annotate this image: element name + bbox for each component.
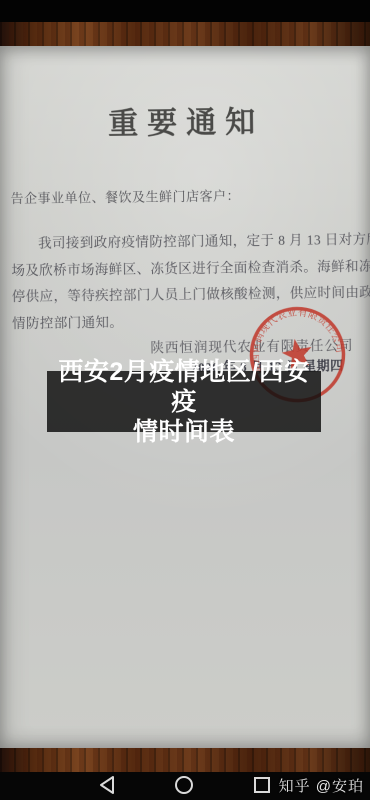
notice-title: 重要通知 <box>0 96 367 145</box>
home-button[interactable] <box>172 773 196 797</box>
phone-screen: 重要通知 告企事业单位、餐饮及生鲜门店客户： 我司接到政府疫情防控部门通知，定于… <box>0 0 370 800</box>
back-button[interactable] <box>95 773 119 797</box>
android-navbar: 知乎 @安珀 <box>0 772 370 800</box>
zhihu-watermark: 知乎 @安珀 <box>279 775 364 796</box>
caption-overlay: 西安2月疫情地区/西安疫 情时间表 <box>47 371 321 432</box>
notice-body-line: 我司接到政府疫情防控部门通知，定于 8 月 13 日对方欣市 <box>11 227 359 258</box>
notice-salutation: 告企事业单位、餐饮及生鲜门店客户： <box>10 185 240 207</box>
letterbox-top <box>0 0 370 22</box>
caption-line2: 情时间表 <box>133 417 235 447</box>
notice-body-line: 场及欣桥市场海鲜区、冻货区进行全面检查消杀。海鲜和冻货暂 <box>11 253 359 284</box>
recents-button[interactable] <box>250 773 274 797</box>
recents-square-icon <box>253 776 271 794</box>
caption-line1: 西安2月疫情地区/西安疫 <box>47 357 321 417</box>
back-triangle-icon <box>98 775 116 795</box>
table-wood-bottom <box>0 748 370 772</box>
home-circle-icon <box>174 775 194 795</box>
table-wood-top <box>0 22 370 46</box>
